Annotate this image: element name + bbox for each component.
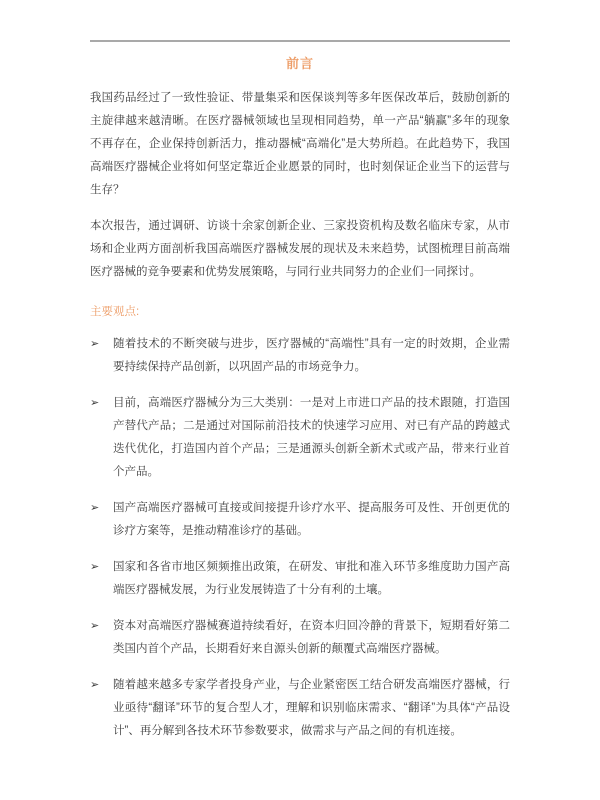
intro-paragraph: 本次报告，通过调研、访谈十余家创新企业、三家投资机构及数名临床专家，从市场和企业… (90, 215, 510, 284)
bullet-text: 随着越来越多专家学者投身产业，与企业紧密医工结合研发高端医疗器械，行业亟待“翻译… (113, 674, 510, 743)
arrow-bullet-icon: ➢ (90, 392, 113, 415)
arrow-bullet-icon: ➢ (90, 556, 113, 579)
bullet-text: 资本对高端医疗器械赛道持续看好，在资本归回冷静的背景下，短期看好第二类国内首个产… (113, 615, 510, 661)
arrow-bullet-icon: ➢ (90, 333, 113, 356)
arrow-bullet-icon: ➢ (90, 674, 113, 697)
bullet-item: ➢ 随着越来越多专家学者投身产业，与企业紧密医工结合研发高端医疗器械，行业亟待“… (90, 674, 510, 743)
bullet-text: 目前，高端医疗器械分为三大类别：一是对上市进口产品的技术跟随，打造国产替代产品；… (113, 392, 510, 484)
document-page: 前言 我国药品经过了一致性验证、带量集采和医保谈判等多年医保改革后，鼓励创新的主… (0, 0, 600, 800)
bullet-item: ➢ 随着技术的不断突破与进步，医疗器械的“高端性”具有一定的时效期，企业需要持续… (90, 333, 510, 379)
bullet-text: 随着技术的不断突破与进步，医疗器械的“高端性”具有一定的时效期，企业需要持续保持… (113, 333, 510, 379)
bullet-item: ➢ 国家和各省市地区频频推出政策，在研发、审批和准入环节多维度助力国产高端医疗器… (90, 556, 510, 602)
arrow-bullet-icon: ➢ (90, 497, 113, 520)
bullet-item: ➢ 国产高端医疗器械可直接或间接提升诊疗水平、提高服务可及性、开创更优的诊疗方案… (90, 497, 510, 543)
bullet-item: ➢ 目前，高端医疗器械分为三大类别：一是对上市进口产品的技术跟随，打造国产替代产… (90, 392, 510, 484)
arrow-bullet-icon: ➢ (90, 615, 113, 638)
page-title: 前言 (90, 53, 510, 72)
bullet-text: 国产高端医疗器械可直接或间接提升诊疗水平、提高服务可及性、开创更优的诊疗方案等，… (113, 497, 510, 543)
section-heading: 主要观点: (90, 301, 510, 324)
bullet-text: 国家和各省市地区频频推出政策，在研发、审批和准入环节多维度助力国产高端医疗器械发… (113, 556, 510, 602)
top-divider (90, 40, 510, 42)
bullet-list: ➢ 随着技术的不断突破与进步，医疗器械的“高端性”具有一定的时效期，企业需要持续… (90, 333, 510, 743)
bullet-item: ➢ 资本对高端医疗器械赛道持续看好，在资本归回冷静的背景下，短期看好第二类国内首… (90, 615, 510, 661)
intro-paragraph: 我国药品经过了一致性验证、带量集采和医保谈判等多年医保改革后，鼓励创新的主旋律越… (90, 87, 510, 202)
document-content: 前言 我国药品经过了一致性验证、带量集采和医保谈判等多年医保改革后，鼓励创新的主… (90, 40, 510, 756)
